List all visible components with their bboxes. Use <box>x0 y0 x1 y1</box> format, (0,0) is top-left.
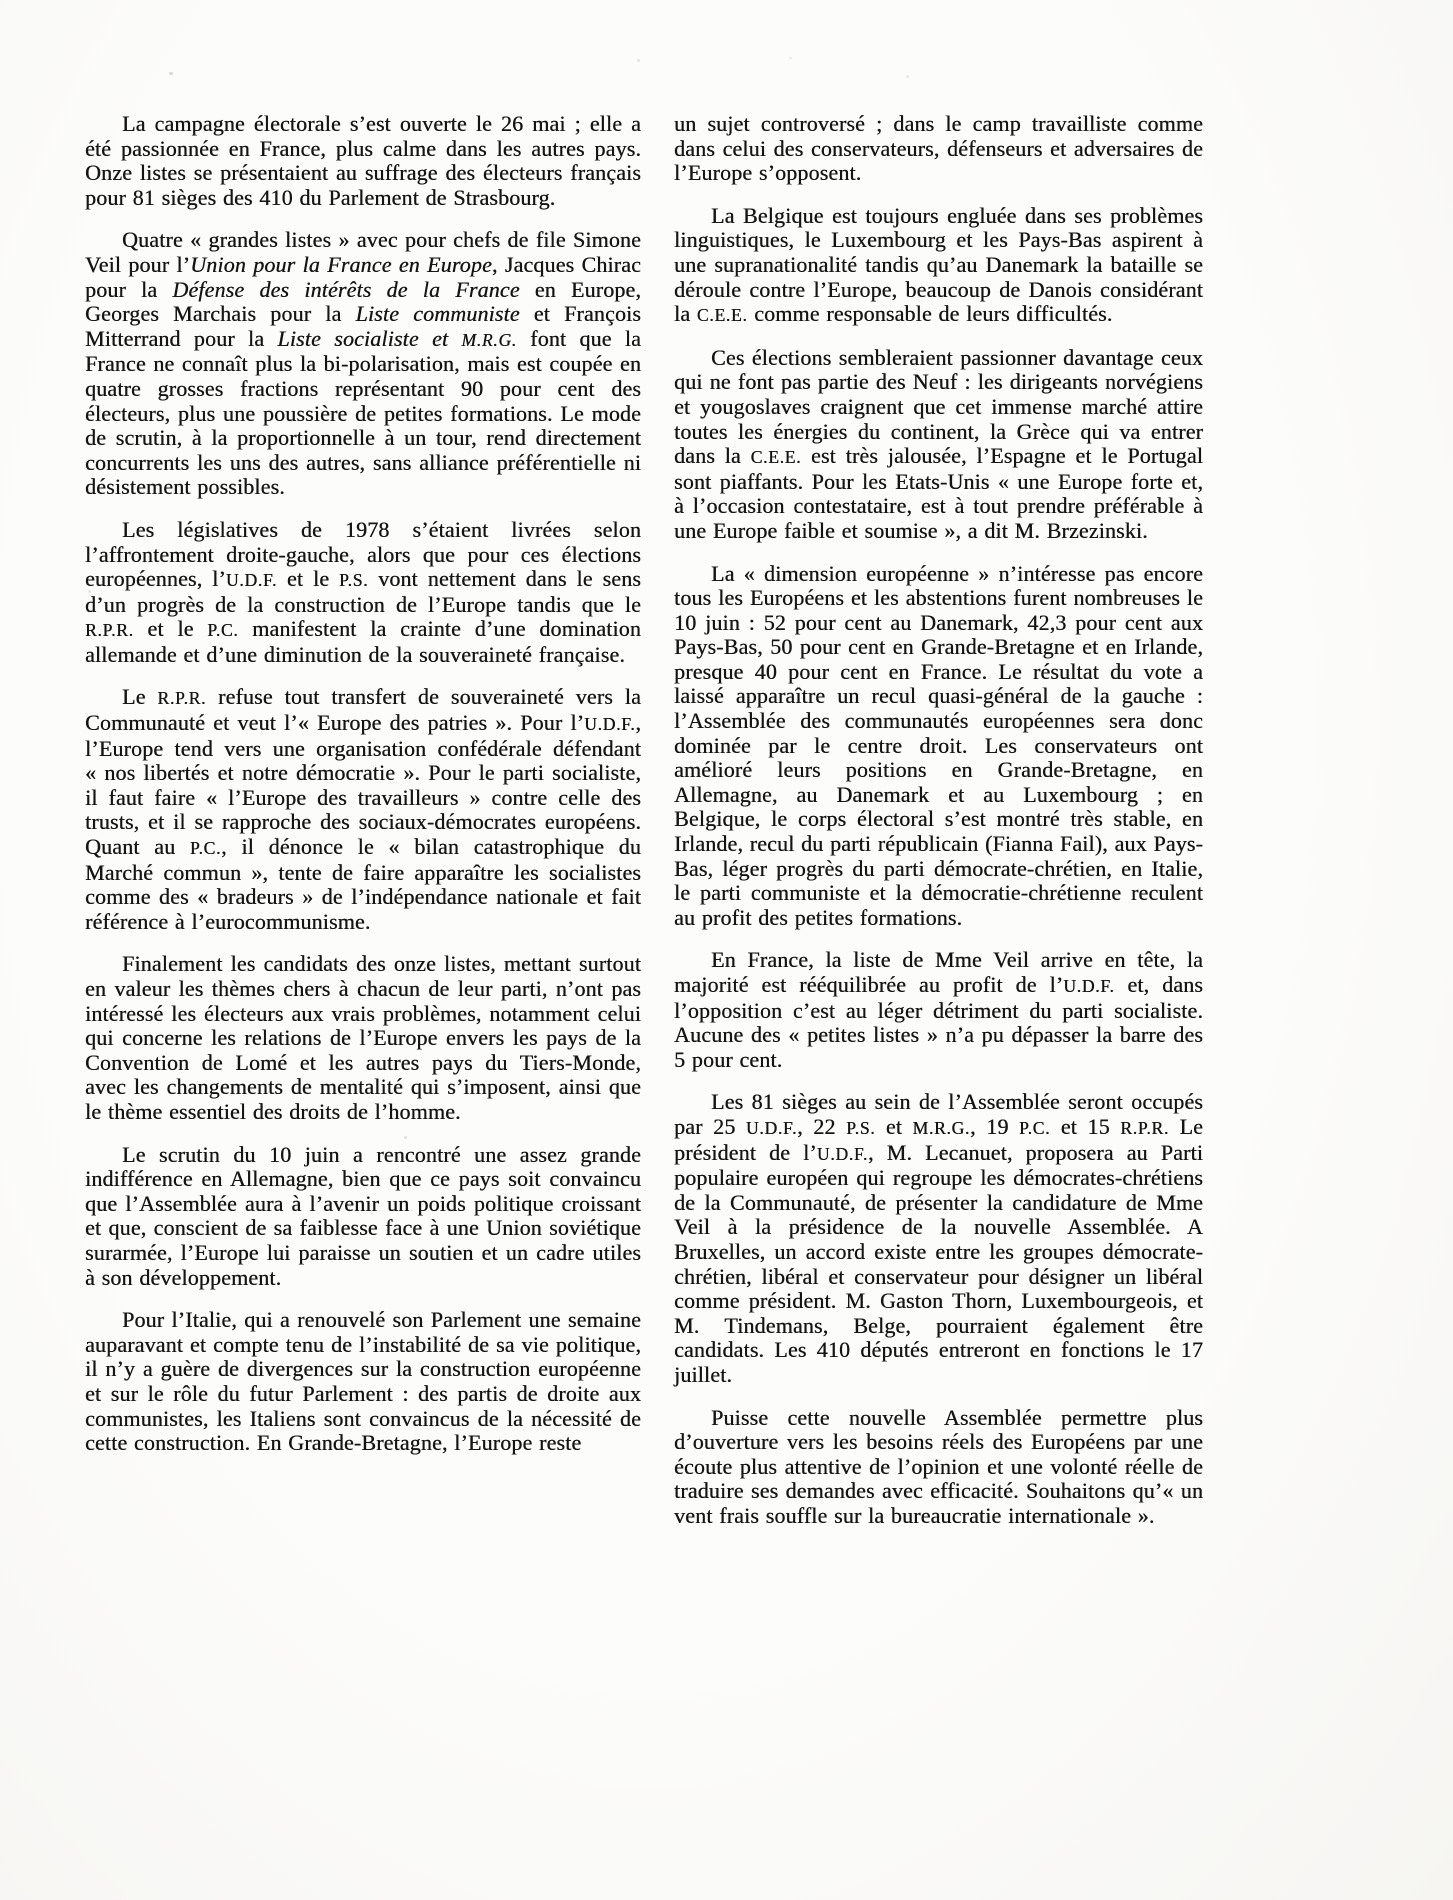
text-run: et le <box>134 616 208 641</box>
text-run: , 22 <box>797 1114 846 1139</box>
text-run: , 19 <box>970 1114 1019 1139</box>
abbreviation: U.D.F. <box>746 1118 797 1138</box>
text-run: un sujet controversé ; dans le camp trav… <box>674 111 1203 185</box>
italic-run: Liste communiste <box>355 301 519 326</box>
paragraph: Puisse cette nouvelle Assemblée permettr… <box>674 1406 1203 1529</box>
text-run: La « dimension européenne » n’intéresse … <box>674 561 1203 930</box>
text-run: et <box>875 1114 912 1139</box>
scan-speck <box>789 57 792 59</box>
scan-speck <box>169 72 173 75</box>
text-run: Finalement les candidats des onze listes… <box>85 951 641 1124</box>
text-run: La campagne électorale s’est ouverte le … <box>85 111 641 210</box>
scan-speck <box>906 75 909 78</box>
abbreviation: R.P.R. <box>85 620 134 640</box>
text-run: et 15 <box>1050 1114 1120 1139</box>
abbreviation: R.P.R. <box>1120 1118 1169 1138</box>
abbreviation: C.E.E. <box>751 447 802 467</box>
paragraph: La « dimension européenne » n’intéresse … <box>674 562 1203 931</box>
text-run: comme responsable de leurs difficultés. <box>747 301 1112 326</box>
document-page: La campagne électorale s’est ouverte le … <box>0 0 1453 1900</box>
paragraph: Le R.P.R. refuse tout transfert de souve… <box>85 685 641 934</box>
abbreviation: M.R.G. <box>461 330 517 350</box>
text-run: font que la France ne connaît plus la bi… <box>85 326 641 500</box>
text-column-left: La campagne électorale s’est ouverte le … <box>85 112 641 1546</box>
text-run: Le scrutin du 10 juin a rencontré une as… <box>85 1142 641 1290</box>
abbreviation: P.C. <box>190 838 221 858</box>
article-body: La campagne électorale s’est ouverte le … <box>85 112 1203 1546</box>
paragraph: un sujet controversé ; dans le camp trav… <box>674 112 1203 186</box>
text-column-right: un sujet controversé ; dans le camp trav… <box>674 112 1203 1546</box>
scan-speck <box>637 59 640 62</box>
abbreviation: U.D.F. <box>226 570 277 590</box>
text-run: Puisse cette nouvelle Assemblée permettr… <box>674 1405 1203 1528</box>
italic-run: Union pour la France en Europe <box>190 252 492 277</box>
text-run: Pour l’Italie, qui a renouvelé son Parle… <box>85 1307 641 1455</box>
abbreviation: M.R.G. <box>913 1118 970 1138</box>
italic-run: Défense des intérêts de la France <box>172 277 519 302</box>
text-run: Le <box>122 684 157 709</box>
abbreviation: U.D.F. <box>584 714 635 734</box>
abbreviation: P.C. <box>207 620 238 640</box>
abbreviation: U.D.F. <box>1063 976 1114 996</box>
paragraph: Pour l’Italie, qui a renouvelé son Parle… <box>85 1308 641 1456</box>
abbreviation: U.D.F. <box>817 1144 868 1164</box>
paragraph: En France, la liste de Mme Veil arrive e… <box>674 948 1203 1072</box>
text-run: , M. Lecanuet, proposera au Parti popula… <box>674 1140 1203 1387</box>
paragraph: Le scrutin du 10 juin a rencontré une as… <box>85 1143 641 1291</box>
italic-run: Liste socialiste et <box>277 326 461 351</box>
paragraph: La campagne électorale s’est ouverte le … <box>85 112 641 210</box>
paragraph: Les législatives de 1978 s’étaient livré… <box>85 518 641 668</box>
abbreviation: C.E.E. <box>697 305 748 325</box>
text-run: et le <box>277 566 339 591</box>
abbreviation: P.S. <box>339 570 368 590</box>
paragraph: Quatre « grandes listes » avec pour chef… <box>85 228 641 500</box>
paragraph: Finalement les candidats des onze listes… <box>85 952 641 1124</box>
paragraph: Ces élections sembleraient passionner da… <box>674 346 1203 544</box>
abbreviation: P.C. <box>1019 1118 1050 1138</box>
paragraph: Les 81 sièges au sein de l’Assemblée ser… <box>674 1090 1203 1387</box>
abbreviation: P.S. <box>846 1118 875 1138</box>
abbreviation: R.P.R. <box>157 688 206 708</box>
paragraph: La Belgique est toujours engluée dans se… <box>674 204 1203 328</box>
